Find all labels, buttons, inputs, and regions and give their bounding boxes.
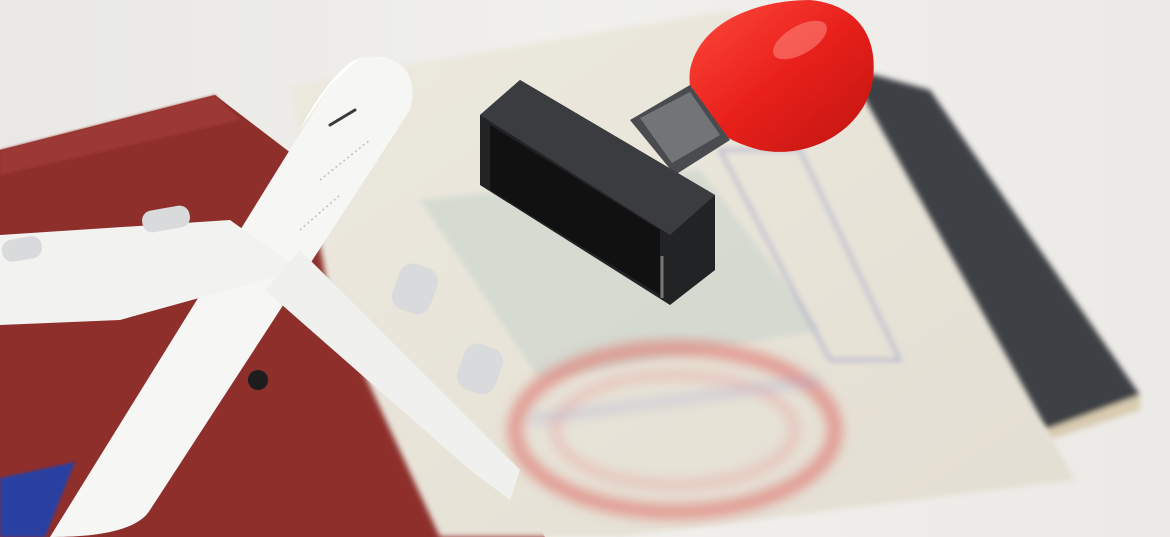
scene-illustration [0, 0, 1170, 537]
photo-scene [0, 0, 1170, 537]
